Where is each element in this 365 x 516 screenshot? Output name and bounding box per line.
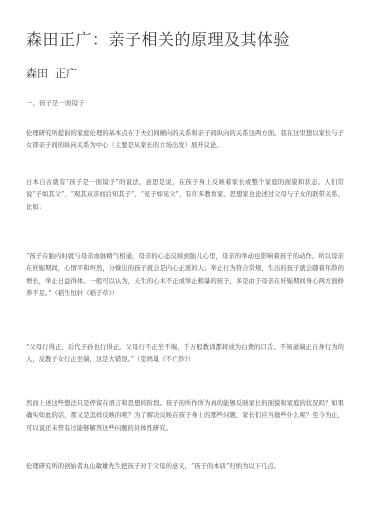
paragraph-intro: 伦理研究所提倡的家庭伦理的基本点在于夫妇间横向的关系和亲子间纵向的关系这两方面。… [26, 128, 344, 153]
paragraph-quote-inao: “孩子在胎内时就与母亲血脉精气相通，母亲的心态反映到胎儿心里，母亲的举动也影响着… [26, 251, 344, 300]
document-title: 森田正广：亲子相关的原理及其体验 [26, 30, 290, 50]
paragraph-founder: 伦理研究所的创始者丸山敏雄先生把孩子对于父母的意义，“孩子的本质”归纳为以下几点… [26, 461, 344, 473]
author-name: 森田 正广 [26, 67, 77, 81]
section-heading: 一、孩子是一面镜子 [26, 98, 85, 108]
paragraph-question: 然而上述这些想法只是停留在语言和思想的阶段。孩子的所作所为真的能够反映家长的面貌… [26, 398, 344, 435]
paragraph-quote-muro: “父母行得正，后代子孙也行得正。父母行不正坐不端，千万般教训都将成为白费的口舌。… [26, 342, 344, 367]
paragraph-mirror-saying: 日本自古就有“孩子是一面镜子”的说法，意思是说，在孩子身上反映着家长或整个家庭的… [26, 177, 344, 214]
document-page: 森田正广：亲子相关的原理及其体验 森田 正广 一、孩子是一面镜子 伦理研究所提倡… [0, 0, 365, 516]
